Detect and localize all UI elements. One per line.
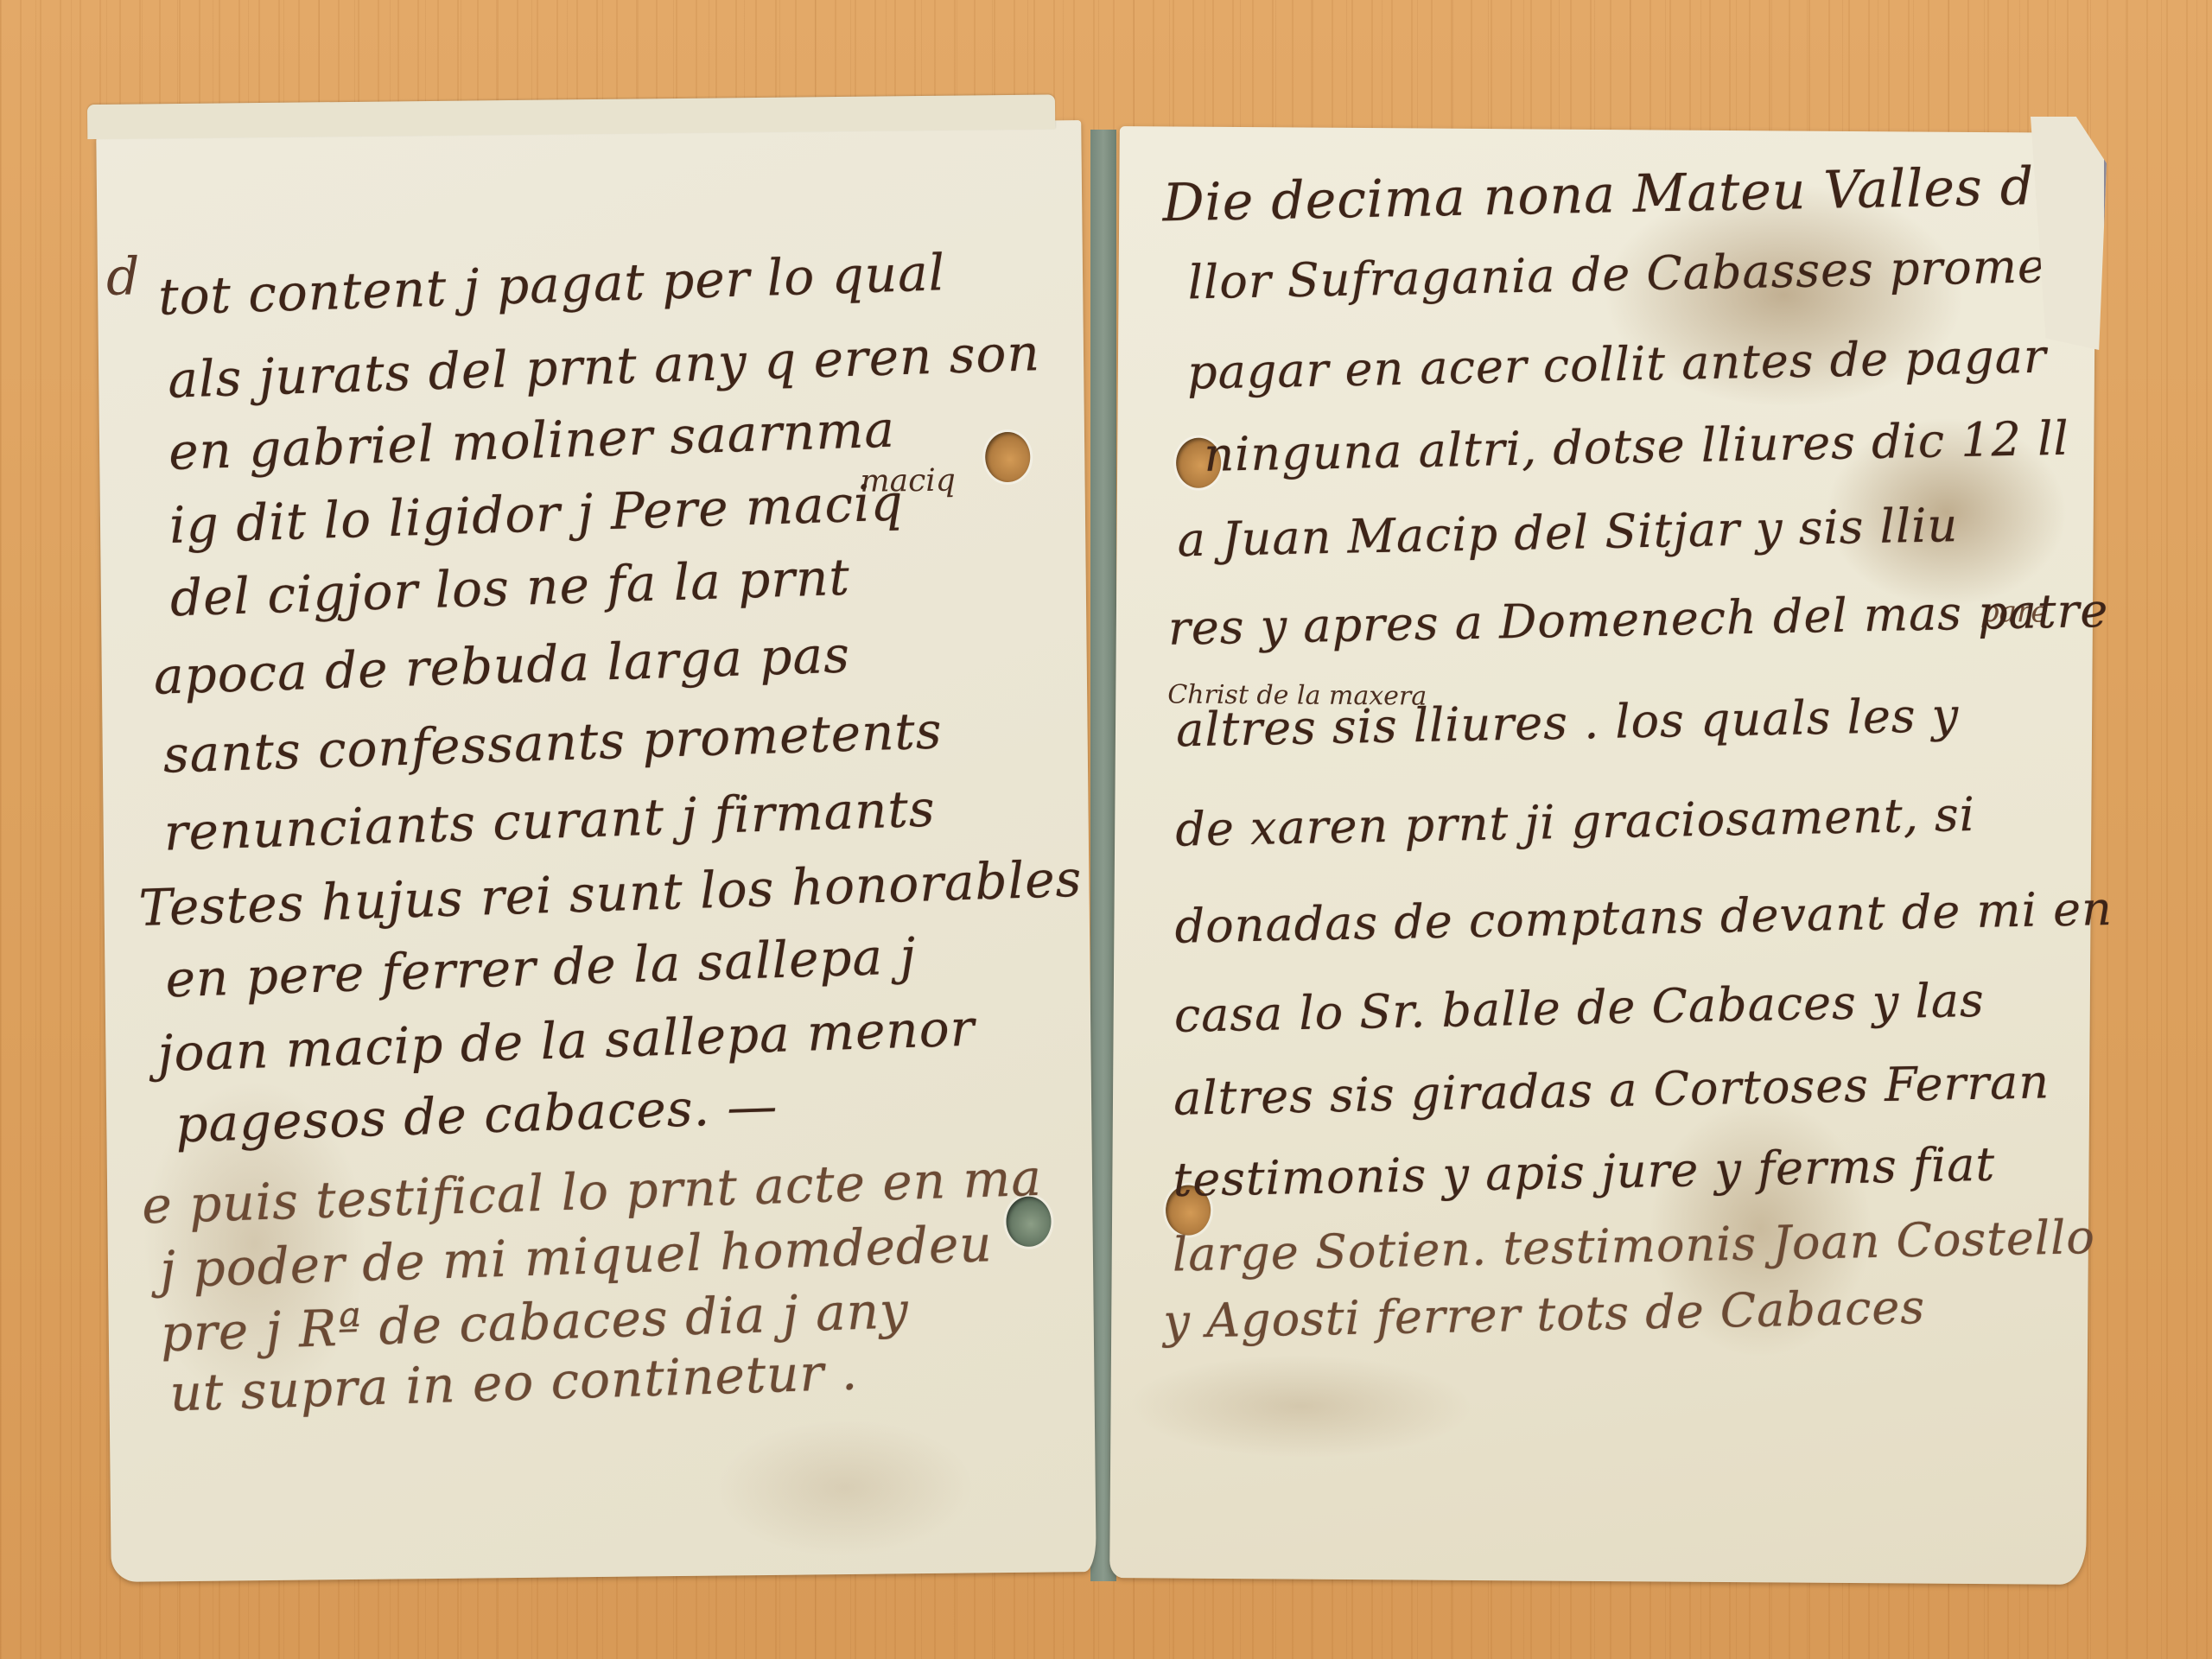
water-stain — [715, 1417, 976, 1558]
text-line: Testes hujus rei sunt los honorables — [138, 849, 1084, 938]
text-line: Die decima nona Mateu Valles del — [1162, 156, 2084, 233]
text-line: del cigjor los ne fa la prnt — [169, 548, 851, 628]
text-line: donadas de comptans devant de mi en — [1174, 881, 2113, 954]
text-line: en gabriel moliner saarnma — [168, 400, 896, 481]
text-line: de xaren prnt ji graciosament, si — [1175, 787, 1976, 857]
binding-hole — [985, 432, 1031, 483]
margin-mark: d — [106, 247, 140, 308]
text-line: als jurats del prnt any q eren son — [167, 323, 1040, 410]
text-line: ig dit lo ligidor j Pere maciq — [168, 473, 905, 555]
right-page: Christ de la maxera pare Die decima nona… — [1109, 126, 2096, 1585]
water-stain — [1128, 1353, 1474, 1459]
text-line: altres sis giradas a Cortoses Ferran — [1173, 1054, 2050, 1125]
text-line: pagar en acer collit antes de pagar — [1186, 329, 2047, 400]
text-line: large Sotien. testimonis Joan Costello — [1172, 1210, 2095, 1281]
left-page: d maciq tot content j pagat per lo qual … — [96, 120, 1096, 1582]
text-line: sants confessants prometents — [162, 701, 944, 784]
text-line: casa lo Sr. balle de Cabaces y las — [1173, 973, 1985, 1043]
text-line: testimonis y apis jure y ferms fiat — [1173, 1137, 1996, 1207]
text-line: res y apres a Domenech del mas patre — [1167, 583, 2108, 656]
text-line: apoca de rebuda larga pas — [153, 625, 851, 705]
text-line: renunciants curant j firmants — [163, 779, 937, 862]
text-line: tot content j pagat per lo qual — [157, 243, 946, 327]
text-line: joan macip de la sallepa menor — [156, 999, 976, 1084]
text-line: en pere ferrer de la sallepa j — [165, 926, 918, 1008]
